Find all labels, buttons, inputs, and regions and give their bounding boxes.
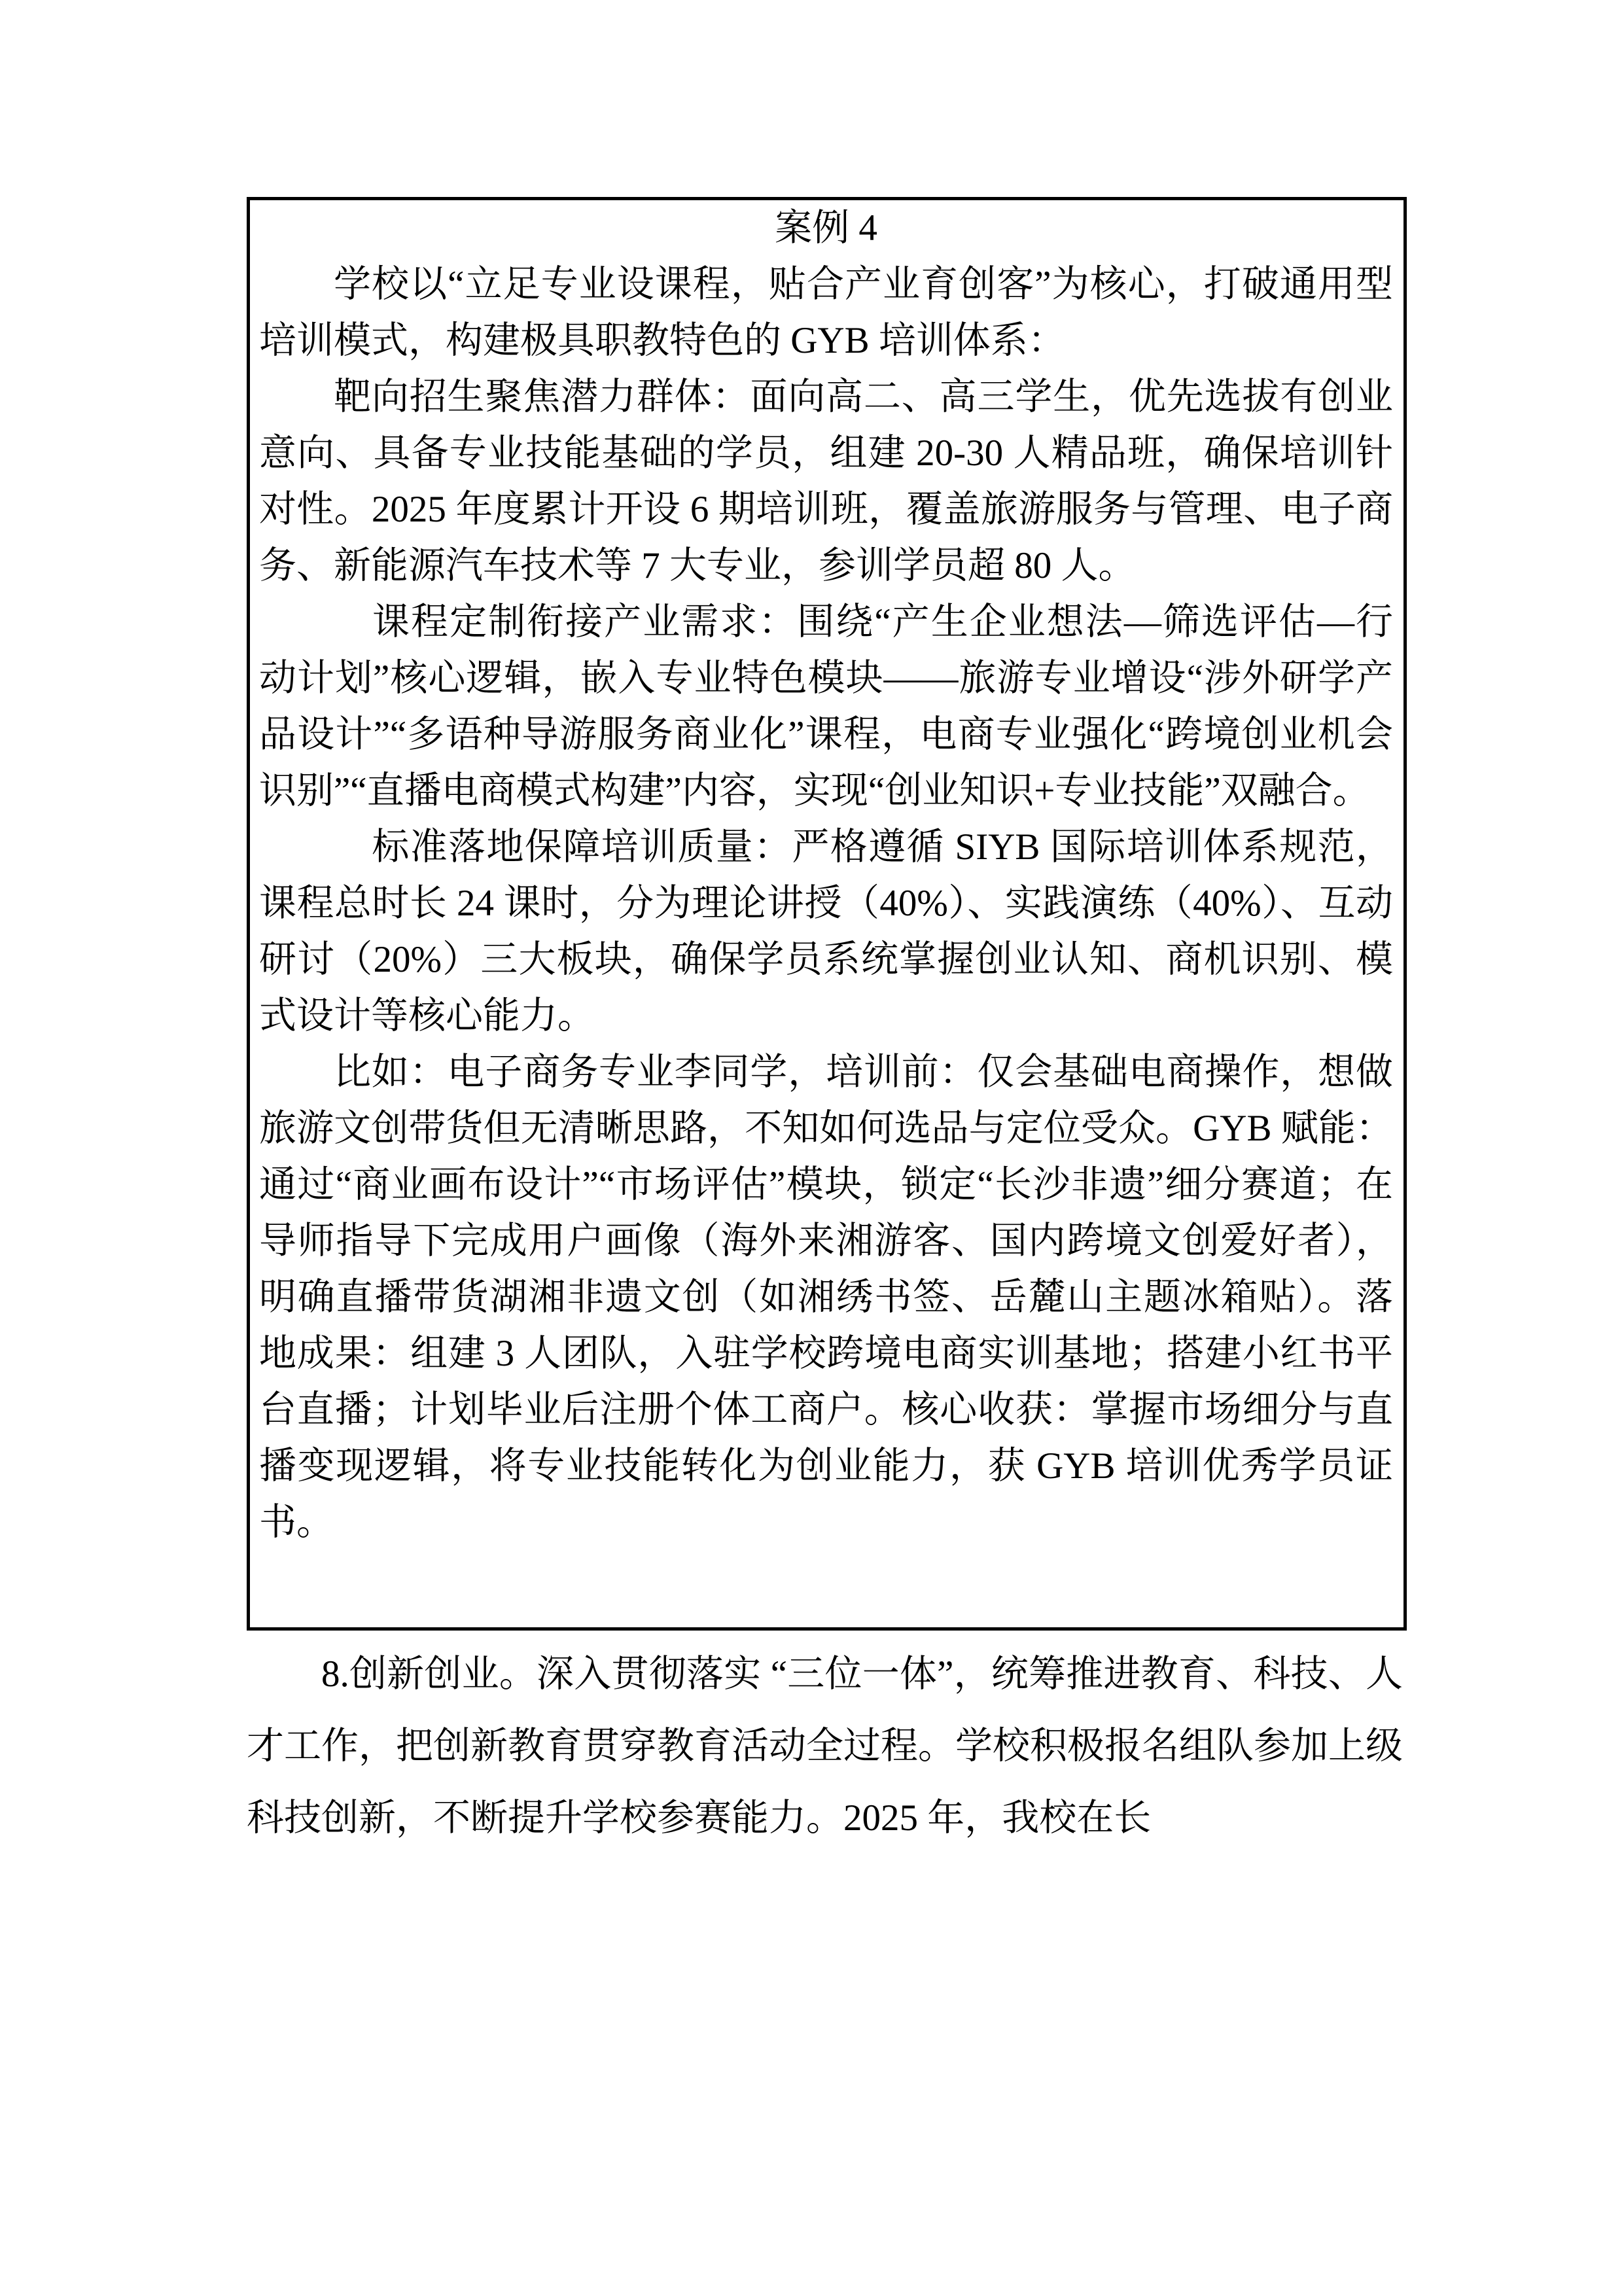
case-paragraph: 课程定制衔接产业需求：围绕“产生企业想法—筛选评估—行动计划”核心逻辑，嵌入专业… — [259, 594, 1393, 819]
case-study-box: 案例 4 学校以“立足专业设课程，贴合产业育创客”为核心，打破通用型培训模式，构… — [247, 197, 1407, 1631]
case-paragraph: 标准落地保障培训质量：严格遵循 SIYB 国际培训体系规范，课程总时长 24 课… — [259, 819, 1393, 1044]
case-paragraph: 比如：电子商务专业李同学，培训前：仅会基础电商操作，想做旅游文创带货但无清晰思路… — [259, 1044, 1393, 1551]
case-paragraph: 靶向招生聚焦潜力群体：面向高二、高三学生，优先选拔有创业意向、具备专业技能基础的… — [259, 369, 1393, 594]
body-paragraph: 8.创新创业。深入贯彻落实 “三位一体”，统筹推进教育、科技、人才工作，把创新教… — [247, 1638, 1403, 1854]
case-box-title: 案例 4 — [259, 200, 1393, 256]
body-text-section: 8.创新创业。深入贯彻落实 “三位一体”，统筹推进教育、科技、人才工作，把创新教… — [247, 1638, 1403, 1854]
case-box-body: 学校以“立足专业设课程，贴合产业育创客”为核心，打破通用型培训模式，构建极具职教… — [259, 256, 1393, 1551]
document-page: 案例 4 学校以“立足专业设课程，贴合产业育创客”为核心，打破通用型培训模式，构… — [0, 0, 1624, 2296]
case-paragraph: 学校以“立足专业设课程，贴合产业育创客”为核心，打破通用型培训模式，构建极具职教… — [259, 256, 1393, 369]
